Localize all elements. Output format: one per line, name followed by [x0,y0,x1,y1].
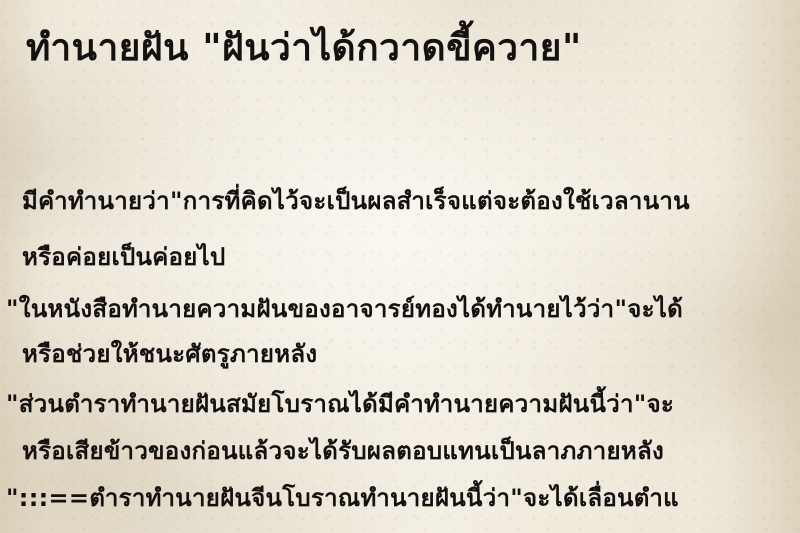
entry-4-line-1: ":::==ตำราทำนายฝันจีนโบราณทำนายฝันนี้ว่า… [6,480,679,516]
entry-3-line-2: หรือเสียข้าวของก่อนแล้วจะได้รับผลตอบแทนเ… [22,433,664,469]
entry-1-line-2: หรือค่อยเป็นค่อยไป [22,239,226,275]
page-title: ทำนายฝัน "ฝันว่าได้กวาดขี้ควาย" [26,18,582,78]
entry-2-line-2: หรือช่วยให้ชนะศัตรูภายหลัง [22,336,317,372]
entry-2-line-1: "ในหนังสือทำนายความฝันของอาจารย์ทองได้ทำ… [6,291,683,327]
entry-1-line-1: มีคำทำนายว่า"การที่คิดไว้จะเป็นผลสำเร็จแ… [22,183,690,219]
entry-3-line-1: "ส่วนตำราทำนายฝันสมัยโบราณได้มีคำทำนายคว… [6,386,674,422]
